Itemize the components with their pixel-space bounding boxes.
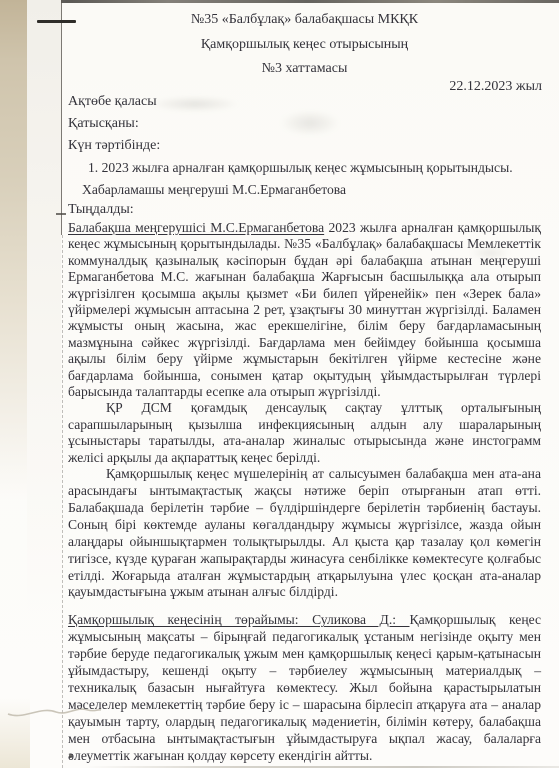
org-title: №35 «Балбұлақ» балабақшасы МКҚК xyxy=(68,12,541,28)
scan-gutter-shade xyxy=(27,0,61,768)
scanned-protocol-page: №35 «Балбұлақ» балабақшасы МКҚК Қамқоршы… xyxy=(0,0,559,768)
chairwoman-name-underlined: Қамқоршылық кеңесінің төрайымы: Суликова… xyxy=(68,612,410,627)
bleed-through-mark xyxy=(280,110,340,136)
paragraph-health-info: ҚР ДСМ қоғамдық денсаулық сақтау ұлттық … xyxy=(68,400,541,466)
speaker-name-underlined: Балабақша меңгерушісі М.С.Ермаганбетова xyxy=(68,220,324,235)
meeting-title: Қамқоршылық кеңес отырысының xyxy=(68,37,541,53)
agenda-label: Күн тәртібінде: xyxy=(68,138,160,154)
attendees-label: Қатысқаны: xyxy=(68,116,139,132)
document-date: 22.12.2023 жыл xyxy=(449,79,542,95)
heard-label: Тыңдалды: xyxy=(68,202,134,218)
city-name: Ақтөбе қаласы xyxy=(68,94,157,110)
fold-crease-line-bottom xyxy=(62,235,63,768)
scan-top-edge xyxy=(0,0,559,3)
page-edge-beige-strip xyxy=(0,0,27,500)
bleed-through-mark xyxy=(150,96,240,112)
fold-crease-line-top xyxy=(61,0,62,235)
speaker-line: Хабарламашы меңгеруші М.С.Ермаганбетова xyxy=(82,182,346,198)
protocol-number: №3 хаттамасы xyxy=(68,61,541,77)
paragraph-report: Балабақша меңгерушісі М.С.Ермаганбетова … xyxy=(68,220,541,400)
document-body: Балабақша меңгерушісі М.С.Ермаганбетова … xyxy=(68,220,541,765)
agenda-item-1: 1. 2023 жылға арналған қамқоршылық кеңес… xyxy=(88,160,513,176)
paragraph-report-text: 2023 жылға арналған қамқоршылық кеңес жұ… xyxy=(68,220,541,399)
paragraph-chairwoman: Қамқоршылық кеңесінің төрайымы: Суликова… xyxy=(68,612,541,764)
paragraph-cooperation: Қамқоршылық кеңес мүшелерінің ат салысуы… xyxy=(68,466,541,601)
paragraph-chairwoman-text: Қамқоршылық кеңес жұмысының мақсаты – бі… xyxy=(68,612,541,762)
crease-tick-mark xyxy=(56,213,66,215)
